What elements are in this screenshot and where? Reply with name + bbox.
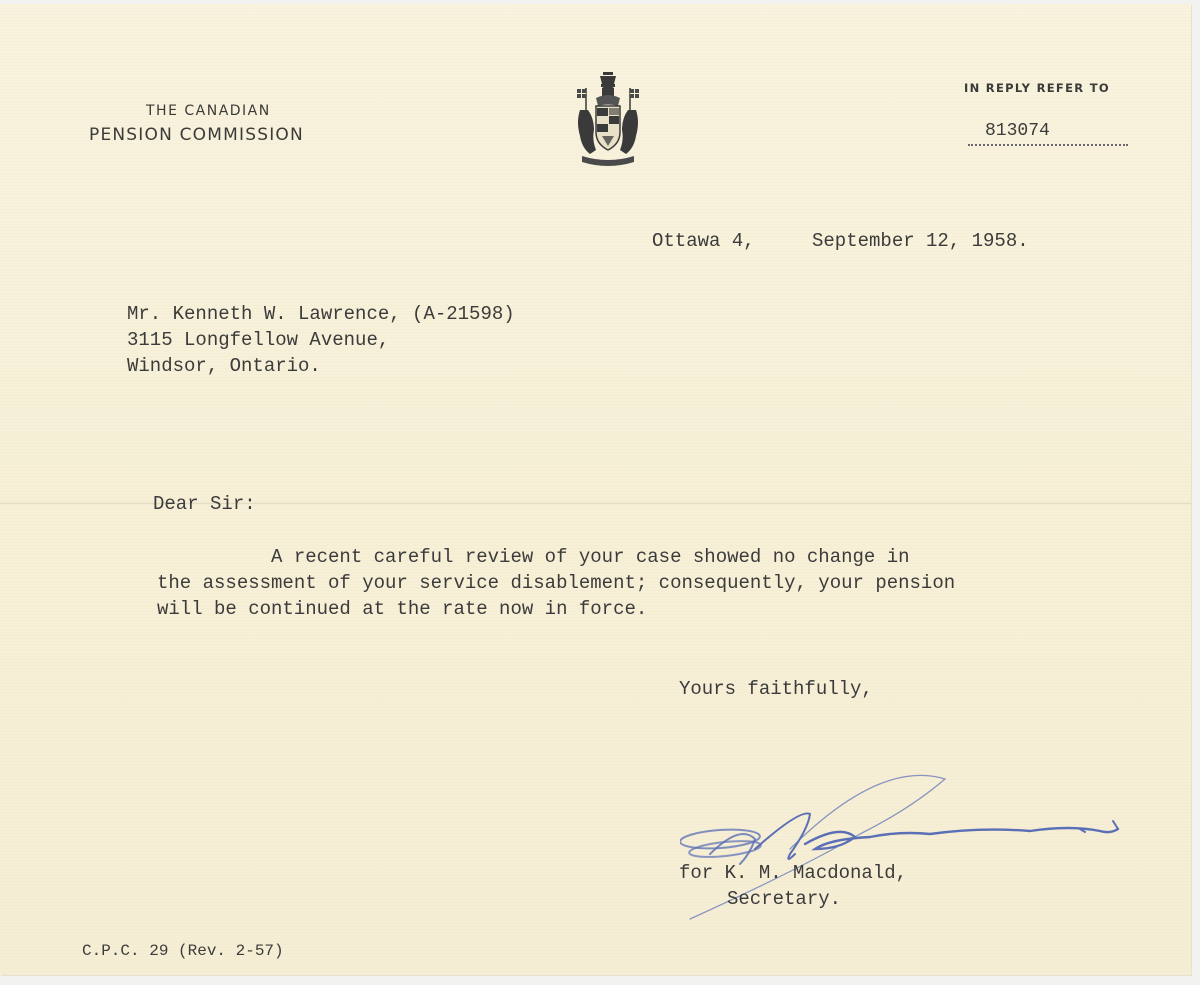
org-name-line1: THE CANADIAN (146, 103, 271, 119)
coat-of-arms-icon (572, 70, 644, 170)
reply-reference-label: IN REPLY REFER TO (964, 81, 1110, 95)
closing: Yours faithfully, (679, 678, 873, 700)
body-line: the assessment of your service disableme… (157, 572, 955, 594)
body-line: will be continued at the rate now in for… (157, 598, 647, 620)
dateline-date: September 12, 1958. (812, 230, 1029, 252)
dateline-place: Ottawa 4, (652, 230, 755, 252)
reference-number: 813074 (985, 121, 1050, 141)
recipient-city: Windsor, Ontario. (127, 355, 321, 377)
salutation: Dear Sir: (153, 493, 256, 515)
recipient-name: Mr. Kenneth W. Lawrence, (A-21598) (127, 303, 515, 325)
body-line: A recent careful review of your case sho… (157, 546, 910, 568)
signer-title: Secretary. (727, 888, 841, 910)
form-code: C.P.C. 29 (Rev. 2-57) (82, 942, 284, 960)
signer-name: for K. M. Macdonald, (679, 862, 907, 884)
recipient-street: 3115 Longfellow Avenue, (127, 329, 389, 351)
org-name-line2: PENSION COMMISSION (89, 125, 304, 145)
letter-paper: THE CANADIAN PENSION COMMISSION (0, 4, 1191, 975)
